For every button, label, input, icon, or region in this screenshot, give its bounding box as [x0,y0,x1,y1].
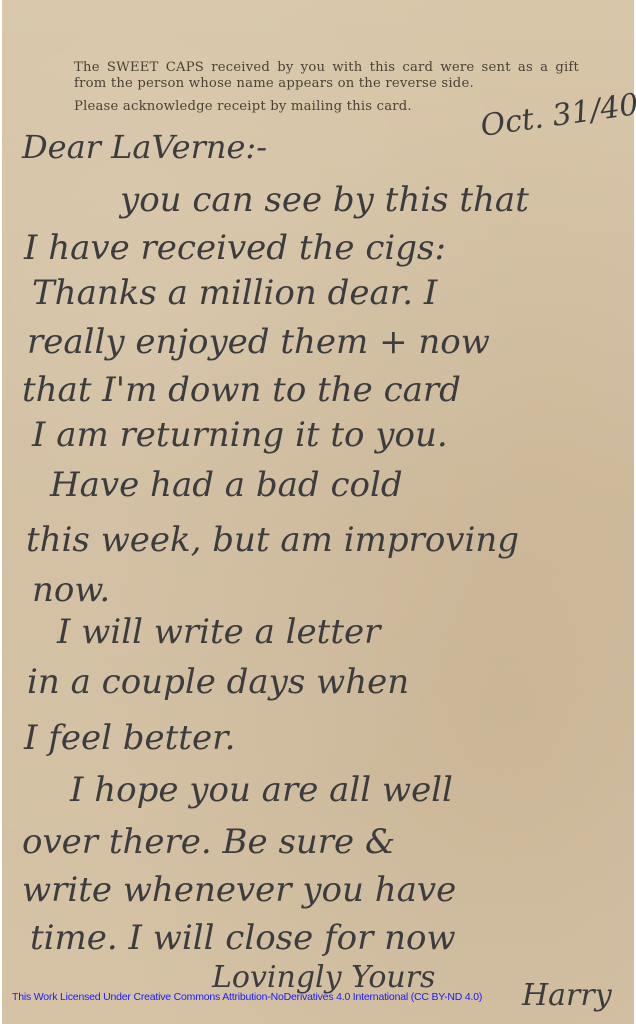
letter-line: you can see by this that [120,180,529,220]
letter-line: write whenever you have [22,870,456,910]
letter-line: over there. Be sure & [22,822,395,862]
salutation: Dear LaVerne:- [22,128,267,166]
letter-line: Have had a bad cold [50,465,403,505]
letter-line: I will write a letter [57,612,380,652]
closing: Lovingly Yours [212,960,435,995]
signature: Harry [522,978,612,1013]
letter-line: this week, but am improving [26,520,519,560]
notice-paragraph: The SWEET CAPS received by you with this… [74,60,579,92]
letter-line: now. [32,570,110,610]
letter-line: that I'm down to the card [22,370,461,410]
postcard: The SWEET CAPS received by you with this… [2,0,634,1024]
letter-line: I hope you are all well [70,770,453,810]
license-notice: This Work Licensed Under Creative Common… [12,991,482,1003]
letter-line: in a couple days when [27,662,409,702]
letter-line: time. I will close for now [30,918,456,958]
letter-line: I am returning it to you. [32,415,448,455]
letter-line: I feel better. [24,718,235,758]
letter-line: Thanks a million dear. I [32,273,437,313]
letter-line: I have received the cigs: [24,228,446,268]
letter-line: really enjoyed them + now [27,322,490,362]
